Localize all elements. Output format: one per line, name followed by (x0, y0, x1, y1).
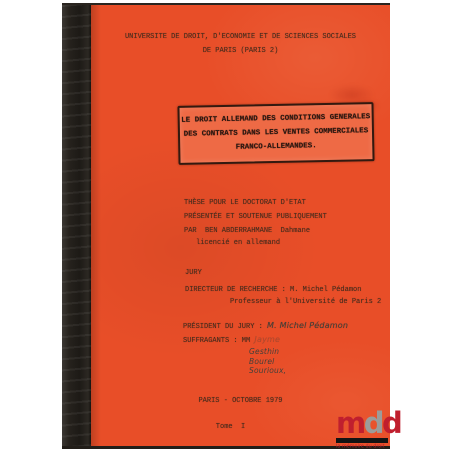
mdd-logo-caption: la mémoire du droit (336, 444, 382, 449)
mdd-letter-d1: d (364, 406, 382, 440)
jury-suffragants-line: SUFFRAGANTS : MM Jayme (183, 335, 280, 346)
jury-directeur-title-line: Professeur à l'Université de Paris 2 (230, 297, 381, 307)
thesis-title-line3: FRANCO-ALLEMANDES. (181, 141, 371, 154)
jury-suffragant-name: Bourel (249, 357, 286, 367)
thesis-title-line1: LE DROIT ALLEMAND DES CONDITIONS GENERAL… (181, 113, 371, 126)
jury-heading: JURY (185, 268, 202, 278)
university-name-line2: DE PARIS (PARIS 2) (91, 46, 390, 56)
jury-suffragant-name: Sourioux, (249, 366, 286, 376)
scanned-book-cover-image: UNIVERSITE DE DROIT, D'ECONOMIE ET DE SC… (0, 0, 452, 452)
mdd-letter-d2: d (382, 406, 400, 440)
mdd-letter-m: m (336, 406, 364, 440)
thesis-defense-line: PRÉSENTÉE ET SOUTENUE PUBLIQUEMENT (184, 212, 327, 222)
title-label: LE DROIT ALLEMAND DES CONDITIONS GENERAL… (177, 102, 374, 165)
jury-suffragant-name: Gesthin (249, 347, 286, 357)
author-line: PAR BEN ABDERRAHMANE Dahmane (184, 226, 310, 236)
university-name-line1: UNIVERSITE DE DROIT, D'ECONOMIE ET DE SC… (91, 32, 390, 42)
mdd-watermark-logo: mdd la mémoire du droit (336, 409, 392, 450)
thesis-title-line2: DES CONTRATS DANS LES VENTES COMMERCIALE… (181, 127, 371, 140)
book-spine (62, 5, 91, 446)
jury-suffragant-faint-name: Jayme (254, 335, 280, 344)
mdd-logo-letters-icon: mdd (336, 409, 392, 438)
jury-president-handwritten-name: M. Michel Pédamon (267, 321, 348, 330)
book-cover-photo: UNIVERSITE DE DROIT, D'ECONOMIE ET DE SC… (62, 3, 390, 449)
jury-president-line: PRÉSIDENT DU JURY : M. Michel Pédamon (183, 321, 348, 332)
jury-directeur-line: DIRECTEUR DE RECHERCHE : M. Michel Pédam… (185, 285, 361, 295)
jury-suffragants-label: SUFFRAGANTS : MM (183, 337, 254, 345)
thesis-type-line: THÈSE POUR LE DOCTORAT D'ETAT (184, 198, 306, 208)
author-degree-line: licencié en allemand (196, 238, 280, 248)
jury-suffragants-handwritten-list: Gesthin Bourel Sourioux, (249, 347, 286, 376)
cover-front: UNIVERSITE DE DROIT, D'ECONOMIE ET DE SC… (91, 5, 390, 446)
jury-president-label: PRÉSIDENT DU JURY : (183, 323, 267, 331)
place-date-line: PARIS - OCTOBRE 1979 (91, 396, 390, 406)
